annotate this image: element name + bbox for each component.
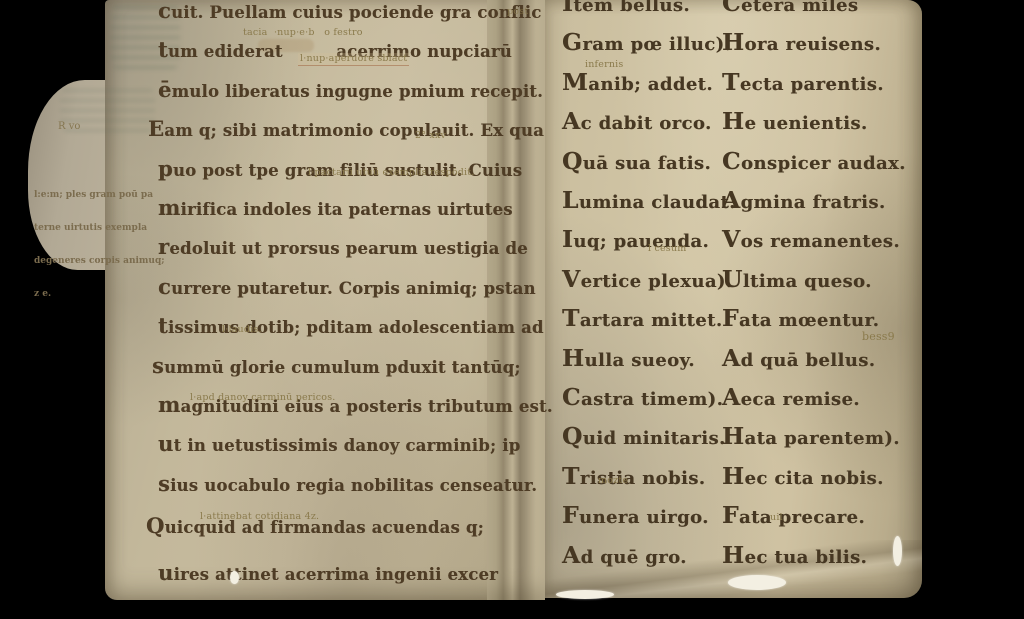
- interlinear-gloss: l·apd danoy carminū pericos.: [190, 392, 336, 403]
- verse-line: Gram pœ illuc).: [562, 24, 727, 63]
- repair-spot: [230, 571, 239, 584]
- verse-line: Aeca remise.: [722, 379, 897, 418]
- verse-line: Tartara mittet.: [562, 300, 727, 339]
- text-line: Eam q; sibi matrimonio copulauit. Ex qua: [148, 110, 510, 149]
- interlinear-gloss: mozte: [598, 475, 628, 486]
- interlinear-gloss: infernis: [585, 59, 623, 70]
- text-line: uires attinet acerrima ingenii excer: [158, 554, 510, 593]
- verse-line: Funera uirgo.: [562, 497, 727, 536]
- verse-line: Castra timem).: [562, 379, 727, 418]
- verse-line: Hec tua bilis.: [722, 537, 897, 576]
- verse-line: Quid minitaris.: [562, 418, 727, 457]
- interlinear-gloss: l cesum: [648, 243, 686, 254]
- text-line: currere putaretur. Corpis animiq; pstan: [158, 268, 510, 307]
- verse-line: Hulla sueoy.: [562, 340, 727, 379]
- verse-line: He uenientis.: [722, 103, 897, 142]
- verse-line: Lumina claudat.: [562, 182, 727, 221]
- interlinear-gloss: l·laudis.: [222, 324, 262, 335]
- margin-note: bess9: [862, 330, 895, 343]
- verse-line: Hora reuisens.: [722, 24, 897, 63]
- gutter-note: post: [507, 6, 528, 17]
- verse-line: Conspicer audax.: [722, 143, 897, 182]
- verse-line: Tristia nobis.: [562, 458, 727, 497]
- interlinear-gloss: uil: [770, 512, 783, 523]
- verse-line: Ultima queso.: [722, 261, 897, 300]
- margin-note-line: degeneres corpis animuq;: [34, 256, 165, 267]
- verse-line: Iuq; pauenda.: [562, 221, 727, 260]
- text-line: ut in uetustissimis danoy carminib; ip: [158, 425, 510, 464]
- repair-spot: [556, 590, 614, 599]
- verse-line: Item bellus.: [562, 0, 727, 24]
- margin-note-block: l:e:m; ples gram poū pa terne uirtutis e…: [34, 168, 165, 322]
- verse-line: Cetera miles: [722, 0, 897, 24]
- verse-line: Ad quā bellus.: [722, 340, 897, 379]
- margin-note-line: l:e:m; ples gram poū pa: [34, 190, 165, 201]
- interlinear-gloss: l·pactarū utuū exemplis respōdit.: [308, 167, 475, 178]
- verse-line: Vertice plexua).: [562, 261, 727, 300]
- text-line: redoluit ut prorsus pearum uestigia de: [158, 228, 510, 267]
- verse-line: Ac dabit orco.: [562, 103, 727, 142]
- interlinear-gloss: 2° xxv: [415, 130, 446, 141]
- manuscript-photo: cuit. Puellam cuius pociende gra conflic…: [0, 0, 1024, 619]
- text-line: ēmulo liberatus ingugne pmium recepit.: [158, 71, 510, 110]
- verse-line: Tecta parentis.: [722, 64, 897, 103]
- repair-spot: [893, 536, 902, 566]
- text-line: tissimus dotib; pditam adolescentiam ad: [158, 307, 510, 346]
- text-line: sius uocabulo regia nobilitas censeatur.: [158, 465, 510, 504]
- verse-line: Hec cita nobis.: [722, 458, 897, 497]
- margin-note-line: terne uirtutis exempla: [34, 223, 165, 234]
- text-line: mirifica indoles ita paternas uirtutes: [158, 189, 510, 228]
- verse-line: Fata precare.: [722, 497, 897, 536]
- verse-line: Vos remanentes.: [722, 221, 897, 260]
- verse-line: Agmina fratris.: [722, 182, 897, 221]
- margin-note-line: z e.: [34, 289, 165, 300]
- margin-mark: R vo: [58, 121, 80, 132]
- text-line: summū glorie cumulum pduxit tantūq;: [152, 347, 510, 386]
- interlinear-gloss: tacia ·nup·e·b o festro: [243, 27, 363, 38]
- repair-spot: [728, 575, 786, 590]
- verse-line: Ad quē gro.: [562, 537, 727, 576]
- verse-line: Quā sua fatis.: [562, 143, 727, 182]
- verse-column-2: Cetera miles Hora reuisens. Tecta parent…: [722, 0, 897, 576]
- left-page-text-block: cuit. Puellam cuius pociende gra conflic…: [158, 0, 510, 593]
- interlinear-gloss: l·nup·aperuore sblact: [298, 53, 409, 66]
- verse-column-1: Item bellus. Gram pœ illuc). Manib; adde…: [562, 0, 727, 576]
- interlinear-gloss: l·attinebat cotidiana 4z.: [200, 511, 319, 522]
- verse-line: Hata parentem).: [722, 418, 897, 457]
